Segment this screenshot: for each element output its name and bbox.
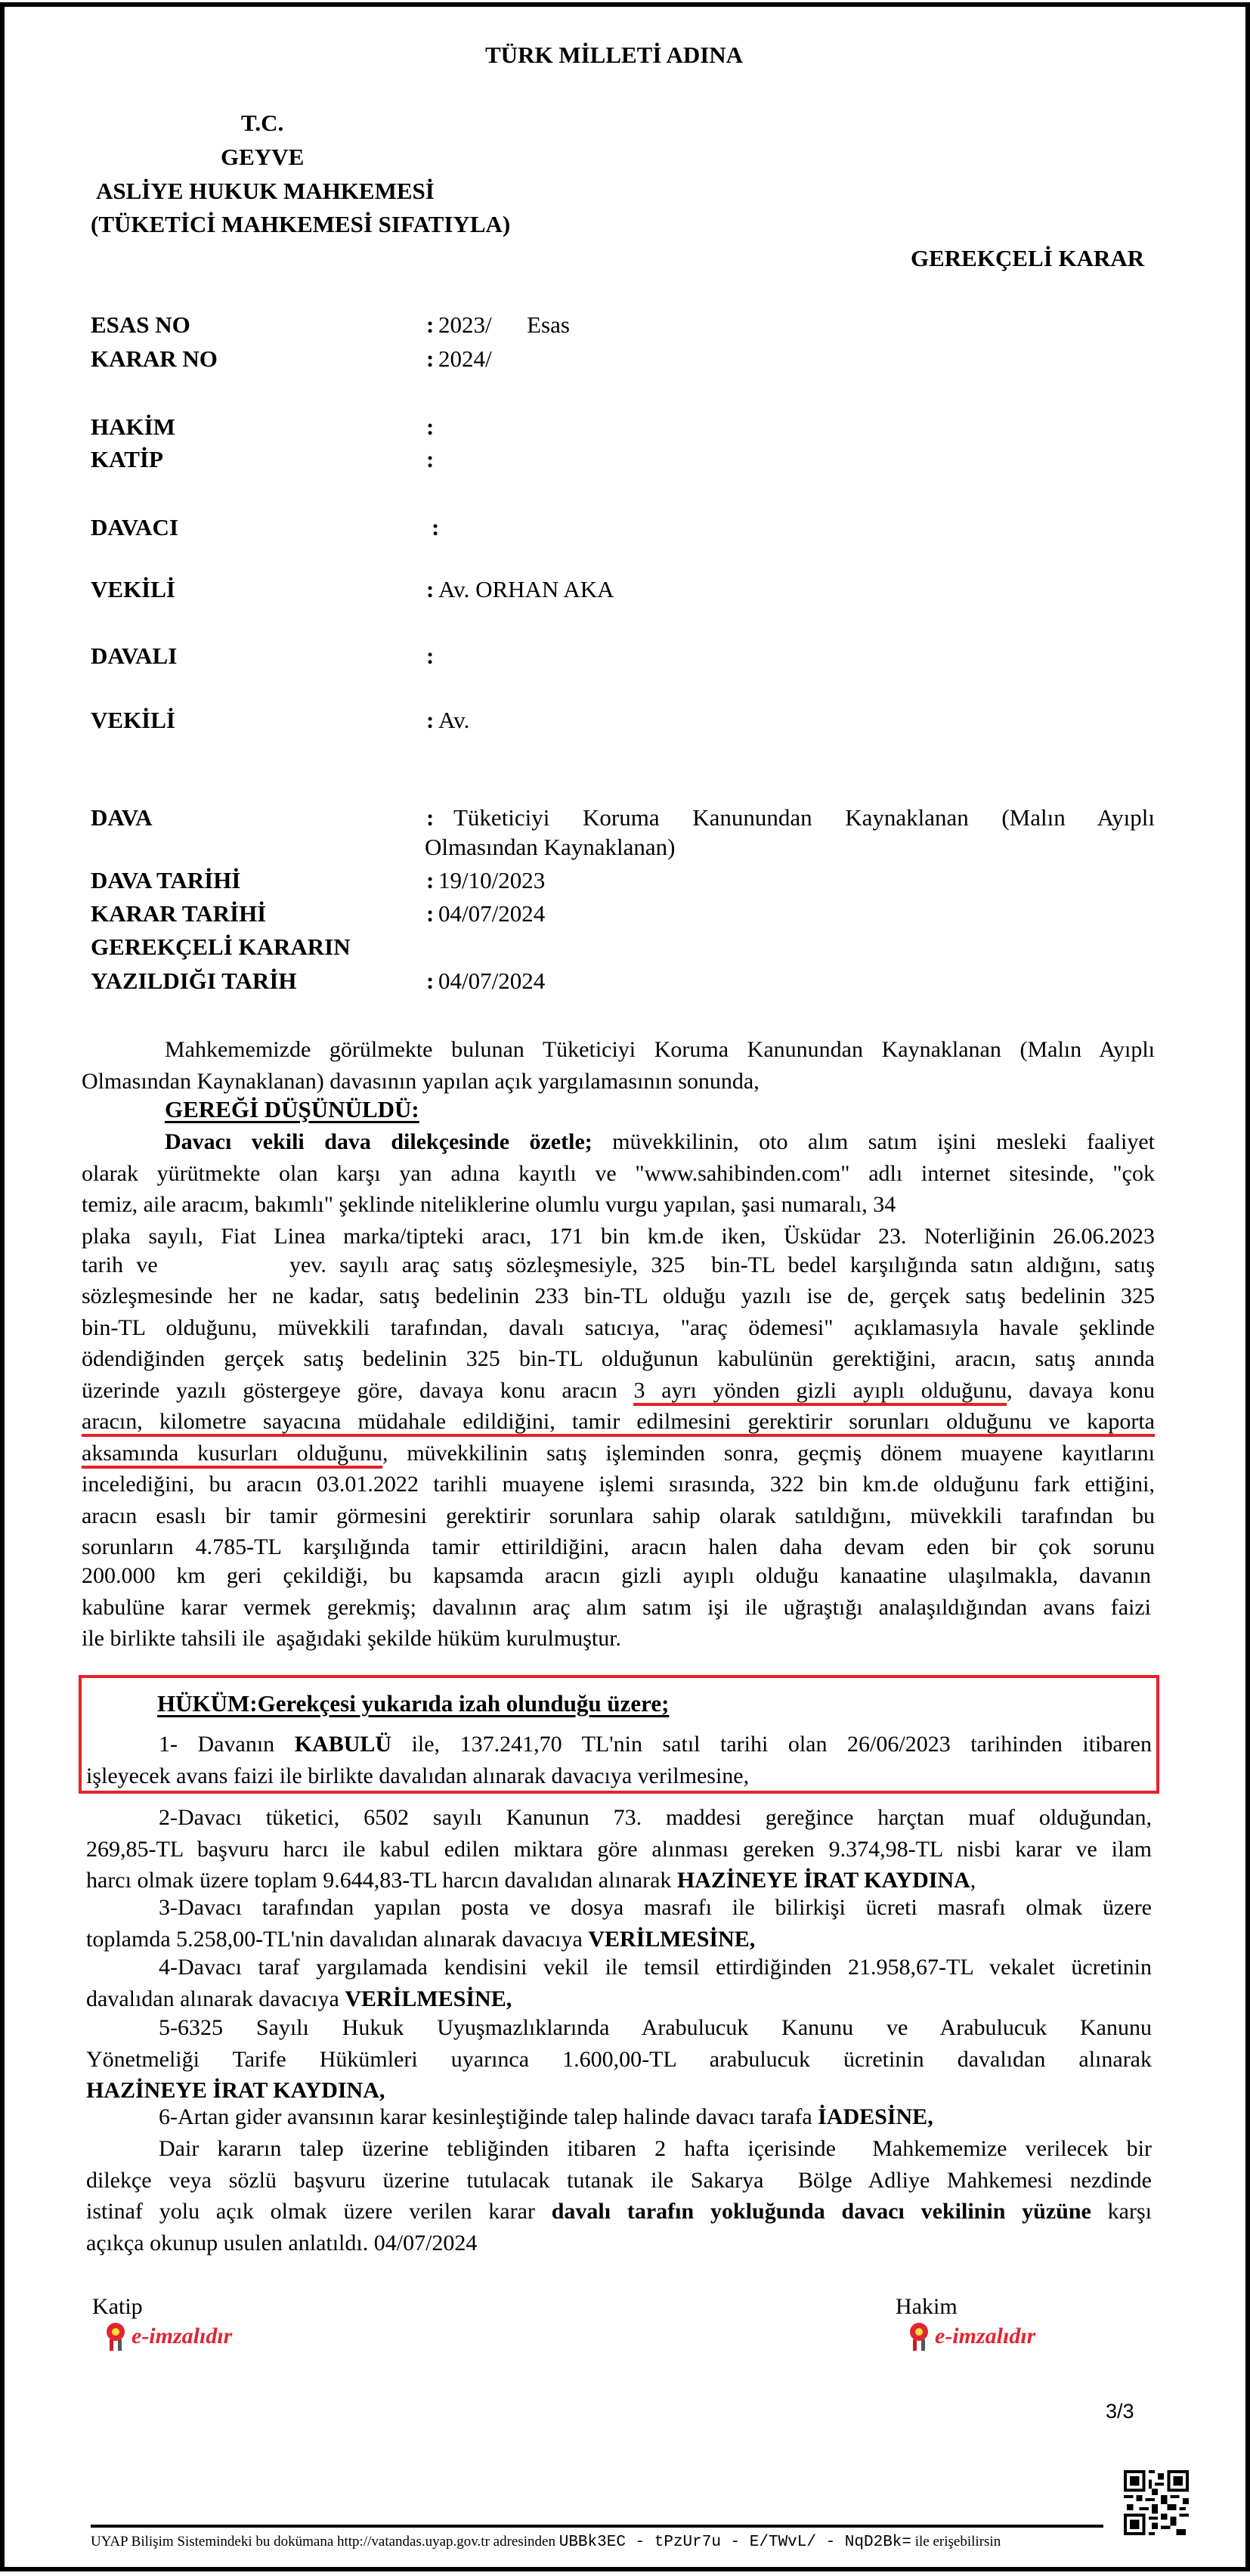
footer-verification: UYAP Bilişim Sistemindeki bu dokümana ht… bbox=[91, 2534, 1001, 2551]
verdict-heading: HÜKÜM:Gerekçesi yukarıda izah olunduğu ü… bbox=[157, 1690, 669, 1717]
claim-line: incelediğini, bu aracın 03.01.2022 tarih… bbox=[82, 1469, 1155, 1500]
highlighted-hidden-defect: 3 ayrı yönden gizli ayıplı olduğunu bbox=[633, 1378, 1007, 1406]
verdict-line: 4-Davacı taraf yargılamada kendisini vek… bbox=[86, 1952, 1152, 1983]
meta-label-yazildigi-tarih: YAZILDIĞI TARİH bbox=[91, 968, 297, 995]
meta-label-karar-tarihi: KARAR TARİHİ bbox=[91, 900, 266, 927]
verdict-treasury: HAZİNEYE İRAT KAYDINA bbox=[677, 1868, 970, 1893]
meta-value-dava-tarihi: 19/10/2023 bbox=[438, 867, 545, 894]
claim-lead: Davacı vekili dava dilekçesinde özetle; bbox=[165, 1129, 593, 1154]
page-number: 3/3 bbox=[1106, 2400, 1134, 2423]
claim-line: Davacı vekili dava dilekçesinde özetle; … bbox=[82, 1126, 1155, 1158]
meta-label-davali-vekili: VEKİLİ bbox=[91, 707, 175, 734]
claim-line: bin-TL olduğunu, müvekkili tarafından, d… bbox=[82, 1312, 1155, 1344]
closing-line: dilekçe veya sözlü başvuru üzerine tutul… bbox=[86, 2165, 1152, 2197]
meta-colon: : bbox=[426, 345, 434, 373]
meta-label-dava: DAVA bbox=[91, 804, 153, 831]
claim-paragraph: Davacı vekili dava dilekçesinde özetle; … bbox=[82, 1126, 1155, 1563]
verdict-item-4: 4-Davacı taraf yargılamada kendisini vek… bbox=[86, 1952, 1152, 2014]
verdict-line: 5-6325 Sayılı Hukuk Uyuşmazlıklarında Ar… bbox=[86, 2012, 1152, 2044]
claim-line: plaka sayılı, Fiat Linea marka/tipteki a… bbox=[82, 1221, 1155, 1249]
document-type: GEREKÇELİ KARAR bbox=[911, 245, 1144, 272]
section-heading-geregi-dusunuldu: GEREĞİ DÜŞÜNÜLDÜ: bbox=[165, 1096, 419, 1123]
claim-line: sorunların 4.785-TL karşılığında tamir e… bbox=[82, 1531, 1155, 1563]
verdict-line: 3-Davacı tarafından yapılan posta ve dos… bbox=[86, 1892, 1152, 1924]
claim-text: müvekkilinin, oto alım satım işini mesle… bbox=[593, 1129, 1155, 1154]
claim-line: olarak yürütmekte olan karşı yan adına k… bbox=[82, 1158, 1155, 1190]
court-line-capacity: (TÜKETİCİ MAHKEMESİ SIFATIYLA) bbox=[91, 211, 510, 238]
verdict-item-5: 5-6325 Sayılı Hukuk Uyuşmazlıklarında Ar… bbox=[86, 2012, 1152, 2107]
meta-value-karar-no: 2024/ bbox=[438, 345, 492, 373]
conclusion-line: ile birlikte tahsili ile aşağıdaki şekil… bbox=[82, 1623, 1151, 1655]
meta-colon: : bbox=[426, 311, 434, 339]
meta-value-karar-tarihi: 04/07/2024 bbox=[438, 900, 545, 927]
footer-rule bbox=[91, 2525, 1103, 2528]
meta-colon: : bbox=[426, 642, 434, 670]
meta-label-hakim: HAKİM bbox=[91, 413, 175, 441]
verdict-grant: VERİLMESİNE, bbox=[345, 1986, 512, 2011]
seal-rosette-icon bbox=[106, 2321, 127, 2352]
meta-colon: : bbox=[426, 576, 434, 603]
e-signature-hakim: e-imzalıdır bbox=[909, 2321, 1035, 2352]
claim-text: , davaya konu bbox=[1007, 1378, 1155, 1403]
meta-label-davaci-vekili: VEKİLİ bbox=[91, 576, 175, 603]
highlighted-odometer-tampering: aracın, kilometre sayacına müdahale edil… bbox=[82, 1409, 1155, 1437]
conclusion-line: 200.000 km geri çekildiği, bu kapsamda a… bbox=[82, 1560, 1151, 1592]
claim-line: tarih ve yev. sayılı araç satış sözleşme… bbox=[82, 1249, 1155, 1281]
meta-colon: : bbox=[426, 804, 434, 831]
verdict-line: işleyecek avans faizi ile birlikte daval… bbox=[86, 1760, 1152, 1792]
e-signed-label: e-imzalıdır bbox=[131, 2324, 232, 2349]
meta-label-katip: KATİP bbox=[91, 446, 163, 473]
meta-label-esas-no: ESAS NO bbox=[91, 311, 190, 339]
meta-label-gerekceli-kararin: GEREKÇELİ KARARIN bbox=[91, 933, 351, 961]
e-signed-label: e-imzalıdır bbox=[935, 2324, 1035, 2349]
footer-suffix: ile erişebilirsin bbox=[911, 2534, 1001, 2550]
signature-role-katip: Katip bbox=[92, 2294, 143, 2320]
verdict-grant: VERİLMESİNE, bbox=[588, 1927, 755, 1952]
seal-rosette-icon bbox=[909, 2321, 930, 2352]
meta-label-davali: DAVALI bbox=[91, 642, 177, 670]
conclusion-line: kabulüne karar vermek gerekmiş; davalını… bbox=[82, 1592, 1151, 1624]
claim-line: ödendiğinden gerçek satış bedelinin 325 … bbox=[82, 1343, 1155, 1375]
claim-line: sözleşmesinde her ne kadar, satış bedeli… bbox=[82, 1280, 1155, 1312]
verdict-treasury: HAZİNEYE İRAT KAYDINA, bbox=[86, 2078, 385, 2103]
verdict-line: 1- Davanın KABULÜ ile, 137.241,70 TL'nin… bbox=[86, 1729, 1152, 1760]
closing-paragraph: Dair kararın talep üzerine tebliğinden i… bbox=[86, 2133, 1152, 2259]
meta-colon: : bbox=[426, 900, 434, 927]
closing-line: açıkça okunup usulen anlatıldı. 04/07/20… bbox=[86, 2228, 1152, 2259]
meta-label-davaci: DAVACI bbox=[91, 514, 178, 541]
verdict-item-1: 1- Davanın KABULÜ ile, 137.241,70 TL'nin… bbox=[86, 1729, 1152, 1791]
meta-value-dava-line2: Olmasından Kaynaklanan) bbox=[425, 834, 675, 861]
verdict-refund: İADESİNE, bbox=[818, 2104, 933, 2129]
verdict-item-3: 3-Davacı tarafından yapılan posta ve dos… bbox=[86, 1892, 1152, 1955]
verification-code: UBBk3EC - tPzUr7u - E/TWvL/ - NqD2Bk= bbox=[559, 2534, 911, 2551]
claim-line: aracın esaslı bir tamir görmesini gerekt… bbox=[82, 1500, 1155, 1532]
meta-colon: : bbox=[432, 514, 439, 541]
footer-prefix: UYAP Bilişim Sistemindeki bu dokümana ht… bbox=[91, 2534, 559, 2550]
e-signature-katip: e-imzalıdır bbox=[106, 2321, 232, 2352]
meta-colon: : bbox=[426, 446, 434, 473]
document-heading: TÜRK MİLLETİ ADINA bbox=[485, 42, 743, 69]
court-line-city: GEYVE bbox=[221, 144, 304, 171]
claim-line: aracın, kilometre sayacına müdahale edil… bbox=[82, 1406, 1155, 1438]
verdict-line: Yönetmeliği Tarife Hükümleri uyarınca 1.… bbox=[86, 2044, 1152, 2076]
meta-colon: : bbox=[426, 867, 434, 894]
meta-colon: : bbox=[426, 413, 434, 441]
court-line-name: ASLİYE HUKUK MAHKEMESİ bbox=[96, 178, 435, 205]
verdict-line: toplamda 5.258,00-TL'nin davalıdan alına… bbox=[86, 1924, 1152, 1955]
meta-value-yazildigi-tarih: 04/07/2024 bbox=[438, 968, 545, 995]
meta-value-esas-no: 2023/ Esas bbox=[438, 311, 570, 339]
claim-line: üzerinde yazılı göstergeye göre, davaya … bbox=[82, 1375, 1155, 1407]
verdict-line: 269,85-TL başvuru harcı ile kabul edilen… bbox=[86, 1834, 1152, 1865]
meta-colon: : bbox=[426, 968, 434, 995]
meta-label-dava-tarihi: DAVA TARİHİ bbox=[91, 867, 240, 894]
conclusion-paragraph: 200.000 km geri çekildiği, bu kapsamda a… bbox=[82, 1560, 1151, 1655]
meta-label-karar-no: KARAR NO bbox=[91, 345, 218, 373]
claim-text: , müvekkilinin satış işleminden sonra, g… bbox=[382, 1441, 1155, 1466]
signature-role-hakim: Hakim bbox=[896, 2294, 958, 2320]
verdict-item-2: 2-Davacı tüketici, 6502 sayılı Kanunun 7… bbox=[86, 1802, 1152, 1896]
meta-value-davali-vekili: Av. bbox=[438, 707, 469, 734]
qr-code-icon bbox=[1124, 2470, 1189, 2535]
intro-paragraph: Mahkememizde görülmekte bulunan Tüketici… bbox=[82, 1034, 1155, 1097]
meta-value-davaci-vekili: Av. ORHAN AKA bbox=[438, 576, 614, 603]
verdict-line: 6-Artan gider avansının karar kesinleşti… bbox=[86, 2101, 1152, 2133]
verdict-line: 2-Davacı tüketici, 6502 sayılı Kanunun 7… bbox=[86, 1802, 1152, 1834]
verdict-accepted: KABULÜ bbox=[295, 1732, 391, 1757]
intro-line: Olmasından Kaynaklanan) davasının yapıla… bbox=[82, 1066, 1155, 1098]
court-line-tc: T.C. bbox=[241, 110, 283, 137]
meta-colon: : bbox=[426, 707, 434, 734]
closing-bold: davalı tarafın yokluğunda davacı vekilin… bbox=[552, 2199, 1091, 2224]
claim-line: temiz, aile aracım, bakımlı" şeklinde ni… bbox=[82, 1189, 1155, 1221]
verdict-line: davalıdan alınarak davacıya VERİLMESİNE, bbox=[86, 1983, 1152, 2015]
meta-value-dava-line1: Tüketiciyi Koruma Kanunundan Kaynaklanan… bbox=[453, 804, 1155, 831]
verdict-item-6: 6-Artan gider avansının karar kesinleşti… bbox=[86, 2101, 1152, 2133]
closing-line: istinaf yolu açık olmak üzere verilen ka… bbox=[86, 2196, 1152, 2228]
highlighted-bodywork-defects: aksamında kusurları olduğunu bbox=[82, 1441, 382, 1469]
claim-text: üzerinde yazılı göstergeye göre, davaya … bbox=[82, 1378, 633, 1403]
claim-line: aksamında kusurları olduğunu, müvekkilin… bbox=[82, 1438, 1155, 1469]
closing-line: Dair kararın talep üzerine tebliğinden i… bbox=[86, 2133, 1152, 2165]
intro-line: Mahkememizde görülmekte bulunan Tüketici… bbox=[82, 1034, 1155, 1066]
